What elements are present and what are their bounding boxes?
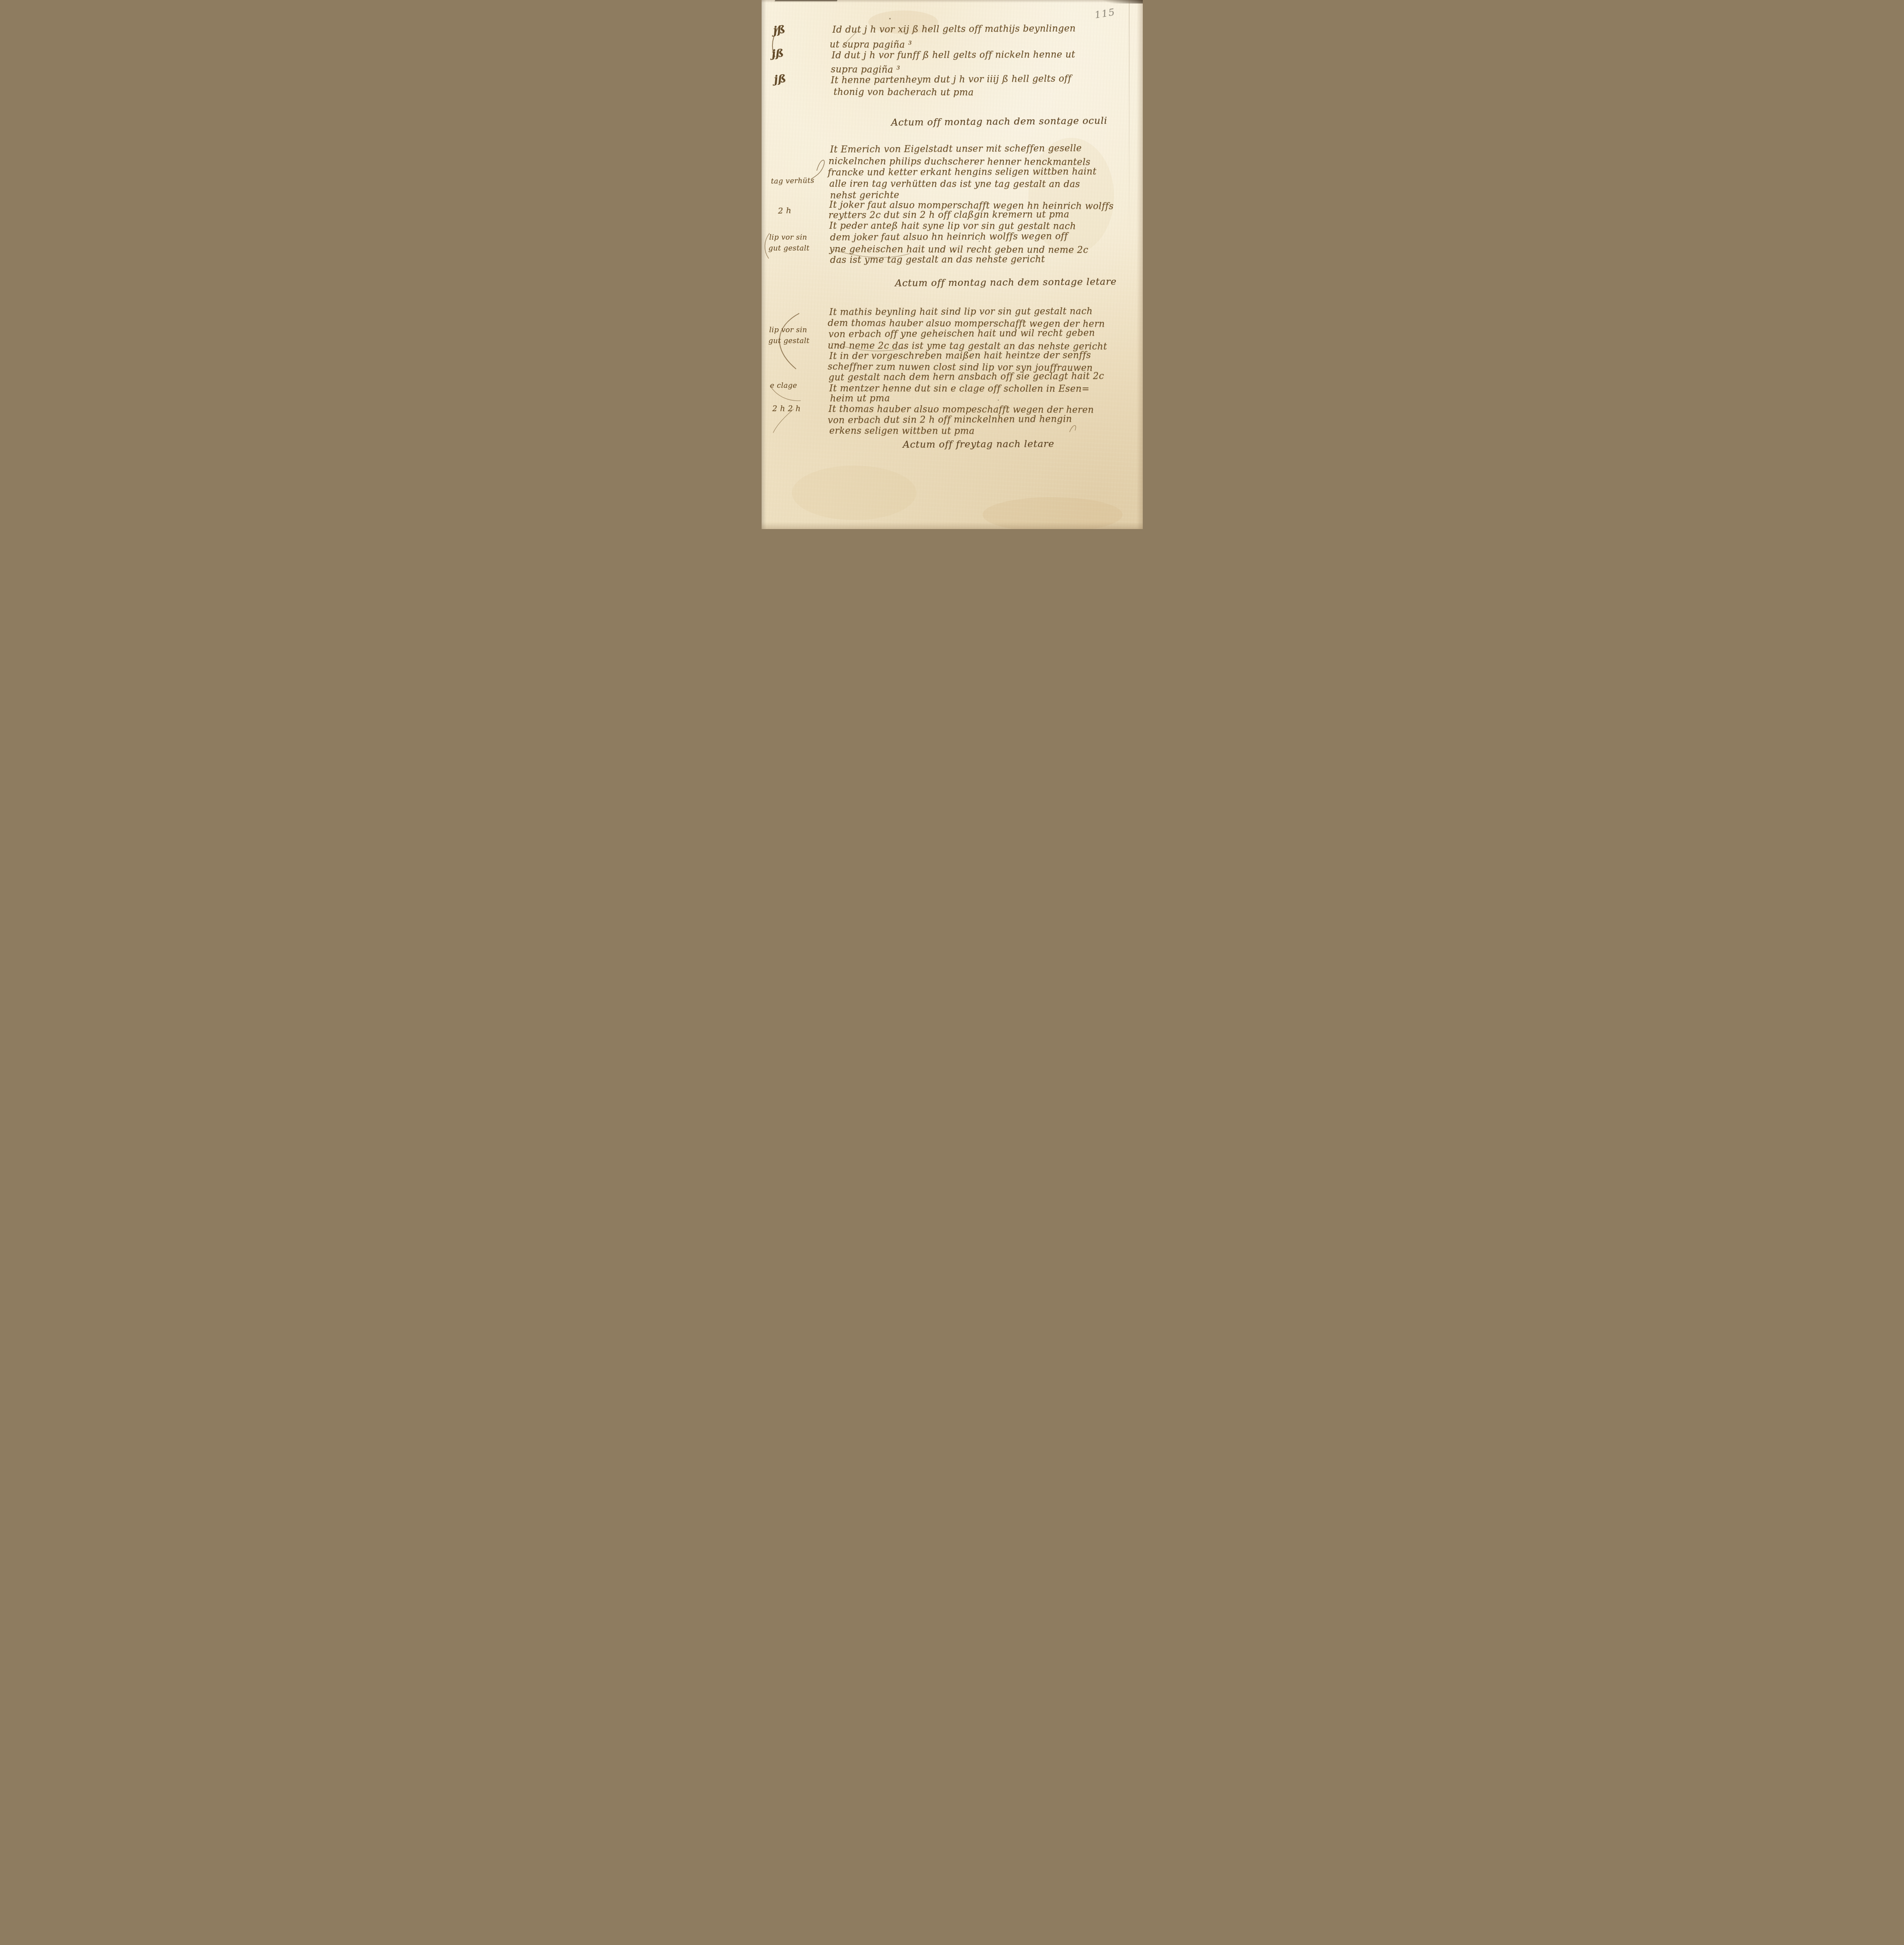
entry-line: supra pagiña ³	[830, 64, 900, 75]
entry-line: Id dut j h vor xij ß hell gelts off math…	[832, 23, 1075, 35]
entry-line: It mathis beynling hait sind lip vor sin…	[829, 306, 1092, 317]
margin-note-e-clage: e clage	[770, 382, 797, 390]
entry-line: reytters 2c dut sin 2 h off claßgin krem…	[828, 209, 1069, 221]
paper-stain	[792, 466, 916, 520]
margin-note-tag-verhuts: tag verhüts	[771, 177, 814, 186]
entry-line: It Emerich von Eigelstadt unser mit sche…	[830, 143, 1081, 155]
page-edge-right	[1137, 0, 1143, 529]
entry-line: nickelnchen philips duchscherer henner h…	[828, 156, 1090, 167]
entry-line: erkens seligen wittben ut pma	[829, 425, 974, 436]
manuscript-page-scan: 115 jß jß jß tag verhüts 2 h lip vor sin…	[762, 0, 1143, 529]
paper-stain	[983, 497, 1123, 529]
corner-shadow-top-right	[1092, 0, 1143, 4]
page-edge-bottom	[762, 522, 1143, 529]
section-heading-letare: Actum off montag nach dem sontage letare	[895, 276, 1116, 289]
entry-line: Id dut j h vor funff ß hell gelts off ni…	[831, 49, 1075, 61]
entry-line: It peder anteß hait syne lip vor sin gut…	[829, 220, 1075, 231]
entry-line: von erbach off yne geheischen hait und w…	[828, 327, 1095, 340]
margin-payment-mark: jß	[772, 24, 786, 37]
entry-line: ut supra pagiña ³	[829, 39, 912, 50]
entry-line: das ist yme tag gestalt an das nehste ge…	[830, 254, 1045, 265]
entry-line: thonig von bacherach ut pma	[833, 86, 973, 98]
entry-line: yne geheischen hait und wil recht geben …	[829, 244, 1088, 255]
ink-speck	[889, 18, 891, 19]
margin-note-lip-vor-sin: lip vor sin	[769, 326, 807, 334]
corner-shadow-top-left	[774, 0, 837, 2]
entry-line: alle iren tag verhütten das ist yne tag …	[829, 178, 1080, 189]
ink-speck	[998, 400, 999, 401]
margin-note-gut-gestalt: gut gestalt	[769, 244, 810, 252]
entry-line: francke und ketter erkant hengins selige…	[827, 166, 1096, 178]
margin-note-gut-gestalt: gut gestalt	[769, 337, 810, 345]
paper-crease	[1129, 0, 1130, 244]
margin-note-2h-2h: 2 h 2 h	[772, 404, 801, 413]
entry-line: It in der vorgeschreben maißen hait hein…	[829, 350, 1091, 361]
margin-payment-mark: jß	[771, 47, 784, 60]
margin-note-2h: 2 h	[778, 206, 792, 216]
section-heading-oculi: Actum off montag nach dem sontage oculi	[891, 115, 1107, 128]
entry-line: von erbach dut sin 2 h off minckelnhen u…	[827, 414, 1072, 426]
page-number: 115	[1094, 6, 1116, 21]
entry-line: gut gestalt nach dem hern ansbach off si…	[828, 370, 1104, 383]
entry-line: It henne partenheym dut j h vor iiij ß h…	[830, 73, 1071, 86]
page-edge-top	[762, 0, 1143, 3]
section-heading-freytag-letare: Actum off freytag nach letare	[902, 438, 1054, 450]
entry-line: dem joker faut alsuo hn heinrich wolffs …	[830, 231, 1068, 243]
page-edge-left	[762, 0, 766, 529]
margin-payment-mark: jß	[773, 73, 786, 86]
margin-note-lip-vor-sin: lip vor sin	[769, 233, 807, 242]
entry-line: heim ut pma	[830, 393, 890, 404]
